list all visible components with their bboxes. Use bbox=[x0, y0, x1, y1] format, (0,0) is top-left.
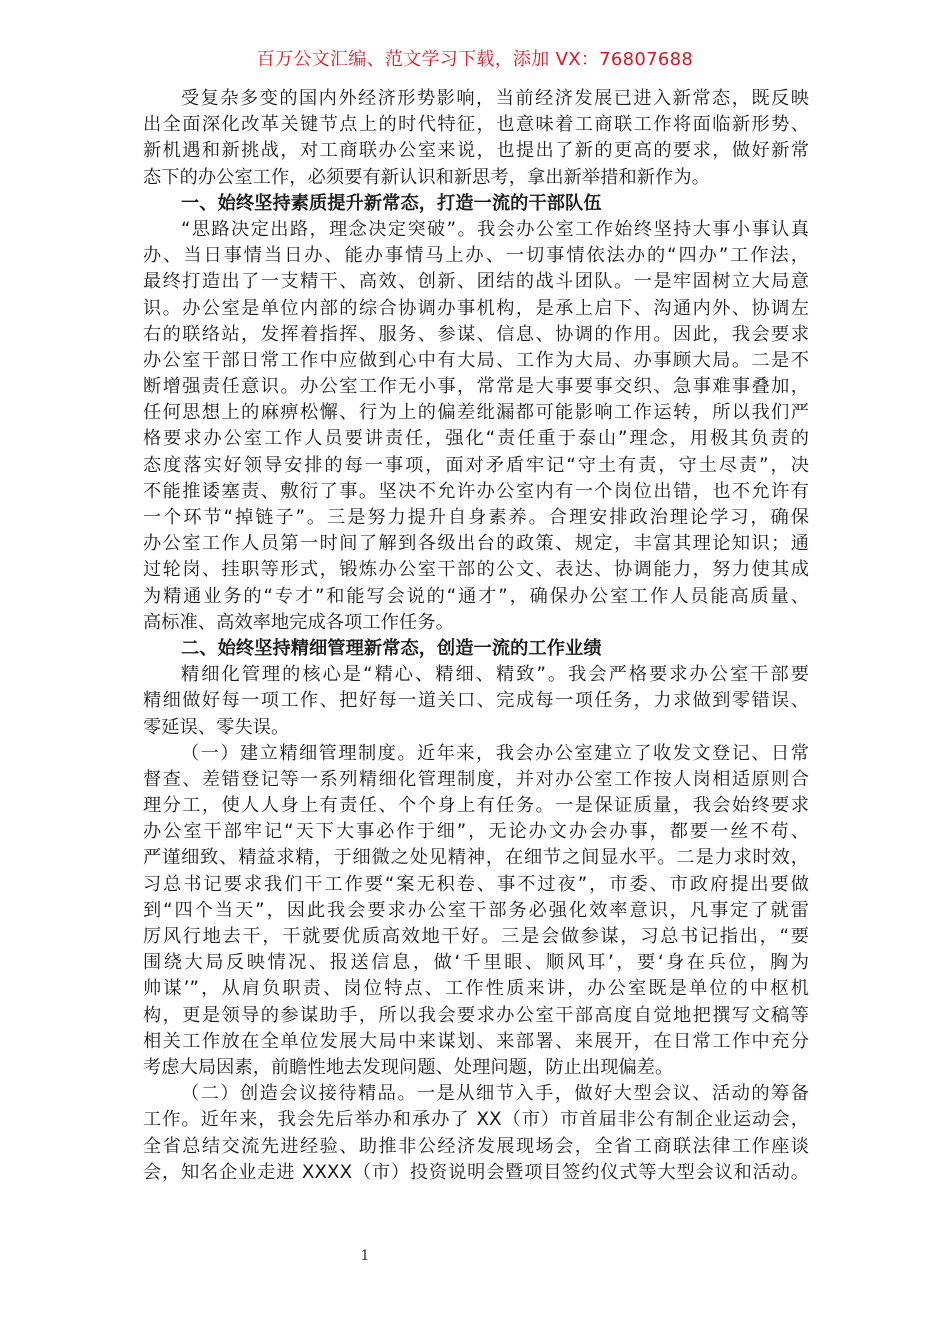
text-line: 任何思想上的麻痹松懈、行为上的偏差纰漏都可能影响工作运转，所以我们严 bbox=[143, 400, 809, 426]
text-line: 办公室干部日常工作中应做到心中有大局、工作为大局、办事顾大局。二是不 bbox=[143, 348, 809, 374]
text-line: 出全面深化改革关键节点上的时代特征，也意味着工商联工作将面临新形势、 bbox=[143, 112, 809, 138]
text-line: 工作。近年来，我会先后举办和承办了 XX（市）市首届非公有制企业运动会， bbox=[143, 1107, 809, 1133]
text-line: 构，更是领导的参谋助手，所以我会要求办公室干部高度自觉地把撰写文稿等 bbox=[143, 1003, 809, 1029]
text-line: 为精通业务的“专才”和能写会说的“通才”，确保办公室工作人员能高质量、 bbox=[143, 584, 809, 610]
text-line: 考虑大局因素，前瞻性地去发现问题、处理问题，防止出现偏差。 bbox=[143, 1055, 809, 1081]
text-line: 精细做好每一项工作、把好每一道关口、完成每一项任务，力求做到零错误、 bbox=[143, 688, 809, 714]
text-line: 相关工作放在全单位发展大局中来谋划、来部署、来展开，在日常工作中充分 bbox=[143, 1029, 809, 1055]
text-line: 新机遇和新挑战，对工商联办公室来说，也提出了新的更高的要求，做好新常 bbox=[143, 138, 809, 164]
text-line: 厉风行地去干，干就要优质高效地干好。三是会做参谋，习总书记指出，“要 bbox=[143, 924, 809, 950]
section-heading: 一、始终坚持素质提升新常态，打造一流的干部队伍 bbox=[143, 191, 809, 217]
section-heading: 二、始终坚持精细管理新常态，创造一流的工作业绩 bbox=[143, 636, 809, 662]
text-line: 受复杂多变的国内外经济形势影响，当前经济发展已进入新常态，既反映 bbox=[143, 86, 809, 112]
text-line: 习总书记要求我们干工作要“案无积卷、事不过夜”，市委、市政府提出要做 bbox=[143, 872, 809, 898]
text-line: 办公室干部牢记“天下大事必作于细”，无论办文办会办事，都要一丝不苟、 bbox=[143, 819, 809, 845]
page-number: 1 bbox=[359, 1248, 371, 1264]
document-page: 百万公文汇编、范文学习下载，添加 VX：76807688 受复杂多变的国内外经济… bbox=[0, 0, 950, 1344]
text-line: 帅谋’”，从肩负职责、岗位特点、工作性质来讲，办公室既是单位的中枢机 bbox=[143, 976, 809, 1002]
text-line: （一）建立精细管理制度。近年来，我会办公室建立了收发文登记、日常 bbox=[143, 741, 809, 767]
text-line: 全省总结交流先进经验、助推非公经济发展现场会，全省工商联法律工作座谈 bbox=[143, 1134, 809, 1160]
text-line: 右的联络站，发挥着指挥、服务、参谋、信息、协调的作用。因此，我会要求 bbox=[143, 322, 809, 348]
text-line: 到“四个当天”，因此我会要求办公室干部务必强化效率意识，凡事定了就雷 bbox=[143, 898, 809, 924]
text-line: 办公室工作人员第一时间了解到各级出台的政策、规定，丰富其理论知识；通 bbox=[143, 531, 809, 557]
text-line: 断增强责任意识。办公室工作无小事，常常是大事要事交织、急事难事叠加， bbox=[143, 374, 809, 400]
text-line: 办、当日事情当日办、能办事情马上办、一切事情依法办的“四办”工作法， bbox=[143, 243, 809, 269]
text-line: 态下的办公室工作，必须要有新认识和新思考，拿出新举措和新作为。 bbox=[143, 165, 809, 191]
text-line: “思路决定出路，理念决定突破”。我会办公室工作始终坚持大事小事认真 bbox=[143, 217, 809, 243]
text-line: 过轮岗、挂职等形式，锻炼办公室干部的公文、表达、协调能力，努力使其成 bbox=[143, 557, 809, 583]
text-line: 精细化管理的核心是“精心、精细、精致”。我会严格要求办公室干部要 bbox=[143, 662, 809, 688]
text-line: 理分工，使人人身上有责任、个个身上有任务。一是保证质量，我会始终要求 bbox=[143, 793, 809, 819]
text-line: （二）创造会议接待精品。一是从细节入手，做好大型会议、活动的筹备 bbox=[143, 1081, 809, 1107]
text-line: 严谨细致、精益求精，于细微之处见精神，在细节之间显水平。二是力求时效， bbox=[143, 845, 809, 871]
text-line: 一个环节“掉链子”。三是努力提升自身素养。合理安排政治理论学习，确保 bbox=[143, 505, 809, 531]
text-line: 格要求办公室工作人员要讲责任，强化“责任重于泰山”理念，用极其负责的 bbox=[143, 426, 809, 452]
document-body: 受复杂多变的国内外经济形势影响，当前经济发展已进入新常态，既反映出全面深化改革关… bbox=[143, 86, 809, 1186]
text-line: 识。办公室是单位内部的综合协调办事机构，是承上启下、沟通内外、协调左 bbox=[143, 296, 809, 322]
text-line: 态度落实好领导安排的每一事项，面对矛盾牢记“守土有责，守土尽责”，决 bbox=[143, 453, 809, 479]
watermark-banner: 百万公文汇编、范文学习下载，添加 VX：76807688 bbox=[0, 48, 950, 72]
text-line: 不能推诿塞责、敷衍了事。坚决不允许办公室内有一个岗位出错，也不允许有 bbox=[143, 479, 809, 505]
text-line: 围绕大局反映情况、报送信息，做‘千里眼、顺风耳’，要‘身在兵位，胸为 bbox=[143, 950, 809, 976]
text-line: 高标准、高效率地完成各项工作任务。 bbox=[143, 610, 809, 636]
text-line: 督查、差错登记等一系列精细化管理制度，并对办公室工作按人岗相适原则合 bbox=[143, 767, 809, 793]
text-line: 会，知名企业走进 XXXX（市）投资说明会暨项目签约仪式等大型会议和活动。 bbox=[143, 1160, 809, 1186]
text-line: 零延误、零失误。 bbox=[143, 715, 809, 741]
text-line: 最终打造出了一支精干、高效、创新、团结的战斗团队。一是牢固树立大局意 bbox=[143, 269, 809, 295]
